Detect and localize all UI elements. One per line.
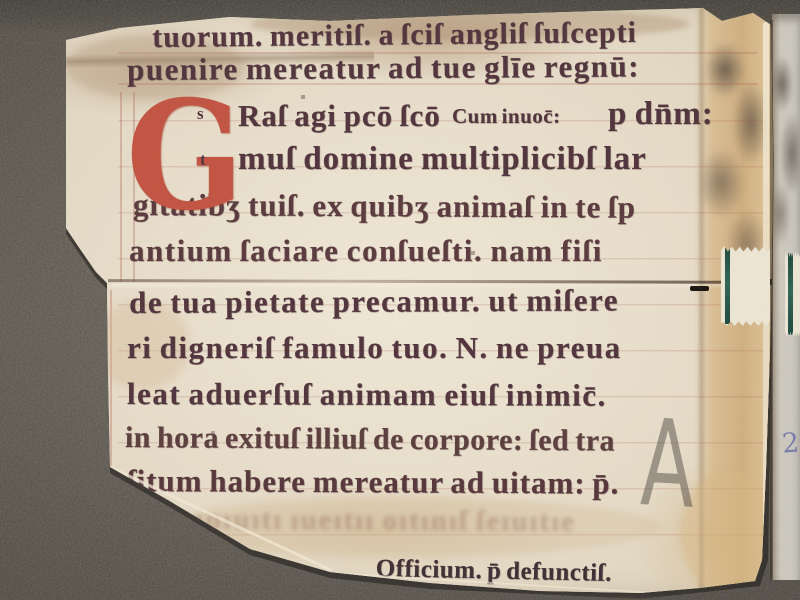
- text-line-9: leat aduerſuſ animam eiuſ inimic̄.: [127, 378, 607, 411]
- stamp-hinge-right: [785, 251, 800, 337]
- guide-letter-upper: s: [197, 104, 204, 124]
- photo-of-manuscript-fragment: 2 tuorum. meritiſ. a ſciſ angliſ ſuſcept…: [0, 0, 800, 600]
- leaf-gap-shadow: [770, 20, 773, 580]
- tear-highlight: [112, 283, 768, 287]
- text-line-3-main: Raſ agi pcō ſcō: [238, 100, 441, 131]
- stamp-hinge-main: [721, 246, 770, 326]
- text-line-1: tuorum. meritiſ. a ſciſ angliſ ſuſcepti: [152, 18, 637, 53]
- text-line-11: ſitum habere mereatur ad uitam: p̄.: [127, 465, 620, 499]
- graphite-graffito-letter: A: [639, 404, 695, 526]
- text-line-4: muſ domine multiplicibſ lar: [238, 143, 647, 176]
- tear-gap-dark: [690, 286, 709, 291]
- guide-letter-lower: t: [200, 150, 206, 170]
- text-line-8: ri digneriſ famulo tuo. N. ne preua: [127, 332, 622, 363]
- hinge-teal-stripe: [788, 253, 793, 335]
- pencil-page-number: 2: [781, 427, 800, 459]
- text-line-10: in hora exituſ illiuſ de corpore: ſed tr…: [125, 423, 615, 456]
- red-initial-G: G: [126, 81, 244, 231]
- leaf-mould-stain: [772, 44, 800, 254]
- text-line-3-gloss: Cum inuoc̄:: [452, 106, 561, 127]
- hinge-teal-stripe: [725, 248, 730, 324]
- margin-rule: [120, 92, 122, 282]
- text-line-7: de tua pietate precamur. ut miſere: [129, 284, 619, 318]
- text-line-3-right: p dn̄m:: [608, 98, 714, 131]
